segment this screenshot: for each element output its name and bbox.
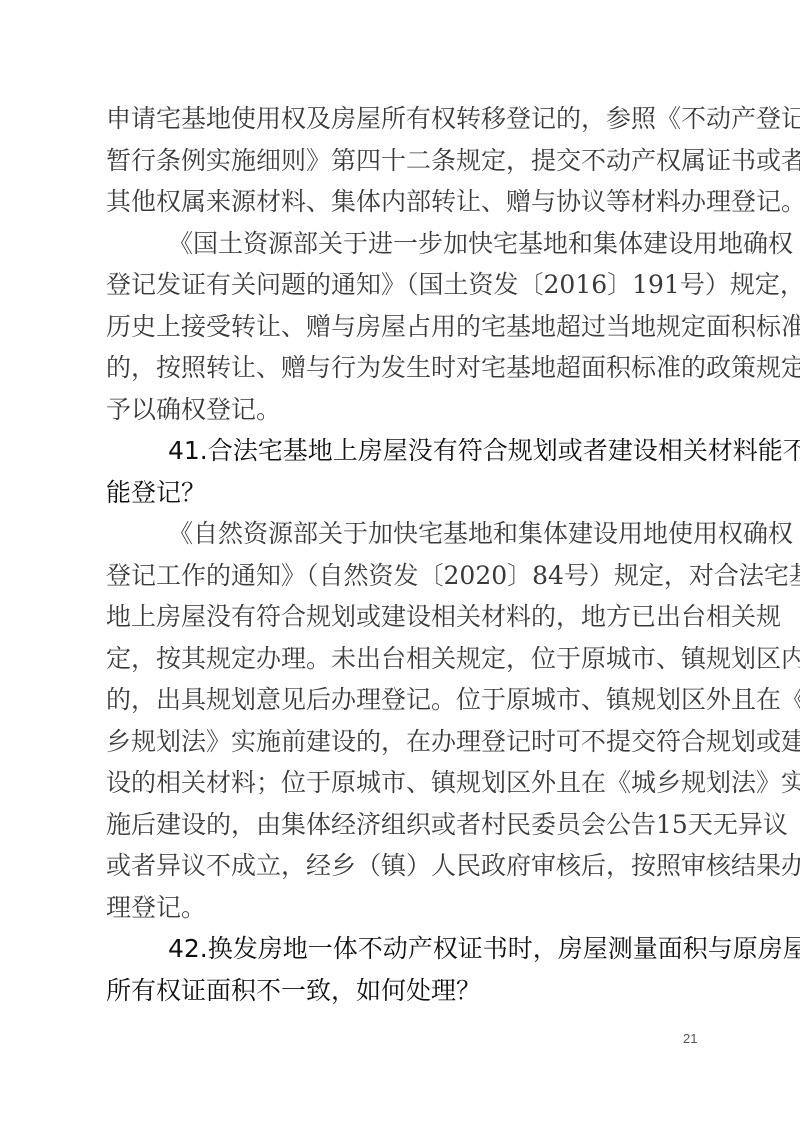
- text-line: 地上房屋没有符合规划或建设相关材料的，地方已出台相关规: [106, 596, 696, 638]
- paragraph-transfer-registration: 申请宅基地使用权及房屋所有权转移登记的，参照《不动产登记 暂行条例实施细则》第四…: [106, 98, 696, 223]
- text-line: 暂行条例实施细则》第四十二条规定，提交不动产权属证书或者: [106, 140, 696, 182]
- text-line: 或者异议不成立，经乡（镇）人民政府审核后，按照审核结果办: [106, 845, 696, 887]
- text-line: 理登记。: [106, 887, 696, 929]
- text-line: 予以确权登记。: [106, 389, 696, 431]
- heading-line: 42.换发房地一体不动产权证书时，房屋测量面积与原房屋: [106, 928, 696, 970]
- text-line: 设的相关材料；位于原城市、镇规划区外且在《城乡规划法》实: [106, 762, 696, 804]
- text-line: 登记工作的通知》（自然资发〔2020〕84号）规定，对合法宅基: [106, 555, 696, 597]
- text-line: 的，按照转让、赠与行为发生时对宅基地超面积标准的政策规定，: [106, 347, 696, 389]
- text-line: 施后建设的，由集体经济组织或者村民委员会公告15天无异议: [106, 804, 696, 846]
- text-line: 乡规划法》实施前建设的，在办理登记时可不提交符合规划或建: [106, 721, 696, 763]
- text-line: 《国土资源部关于进一步加快宅基地和集体建设用地确权: [106, 223, 696, 265]
- text-line: 的，出具规划意见后办理登记。位于原城市、镇规划区外且在《城: [106, 679, 696, 721]
- text-line: 申请宅基地使用权及房屋所有权转移登记的，参照《不动产登记: [106, 98, 696, 140]
- heading-line: 41.合法宅基地上房屋没有符合规划或者建设相关材料能不: [106, 430, 696, 472]
- question-41-heading: 41.合法宅基地上房屋没有符合规划或者建设相关材料能不 能登记？: [106, 430, 696, 513]
- text-line: 历史上接受转让、赠与房屋占用的宅基地超过当地规定面积标准: [106, 306, 696, 348]
- paragraph-2016-notice: 《国土资源部关于进一步加快宅基地和集体建设用地确权 登记发证有关问题的通知》（国…: [106, 223, 696, 431]
- text-line: 《自然资源部关于加快宅基地和集体建设用地使用权确权: [106, 513, 696, 555]
- heading-line: 能登记？: [106, 472, 696, 514]
- text-line: 其他权属来源材料、集体内部转让、赠与协议等材料办理登记。: [106, 181, 696, 223]
- paragraph-2020-notice: 《自然资源部关于加快宅基地和集体建设用地使用权确权 登记工作的通知》（自然资发〔…: [106, 513, 696, 928]
- document-page: 申请宅基地使用权及房屋所有权转移登记的，参照《不动产登记 暂行条例实施细则》第四…: [0, 0, 800, 1131]
- page-number: 21: [683, 1031, 697, 1046]
- text-line: 定，按其规定办理。未出台相关规定，位于原城市、镇规划区内: [106, 638, 696, 680]
- question-42-heading: 42.换发房地一体不动产权证书时，房屋测量面积与原房屋 所有权证面积不一致，如何…: [106, 928, 696, 1011]
- heading-line: 所有权证面积不一致，如何处理？: [106, 970, 696, 1012]
- text-line: 登记发证有关问题的通知》（国土资发〔2016〕191号）规定，: [106, 264, 696, 306]
- page-content: 申请宅基地使用权及房屋所有权转移登记的，参照《不动产登记 暂行条例实施细则》第四…: [106, 98, 696, 1011]
